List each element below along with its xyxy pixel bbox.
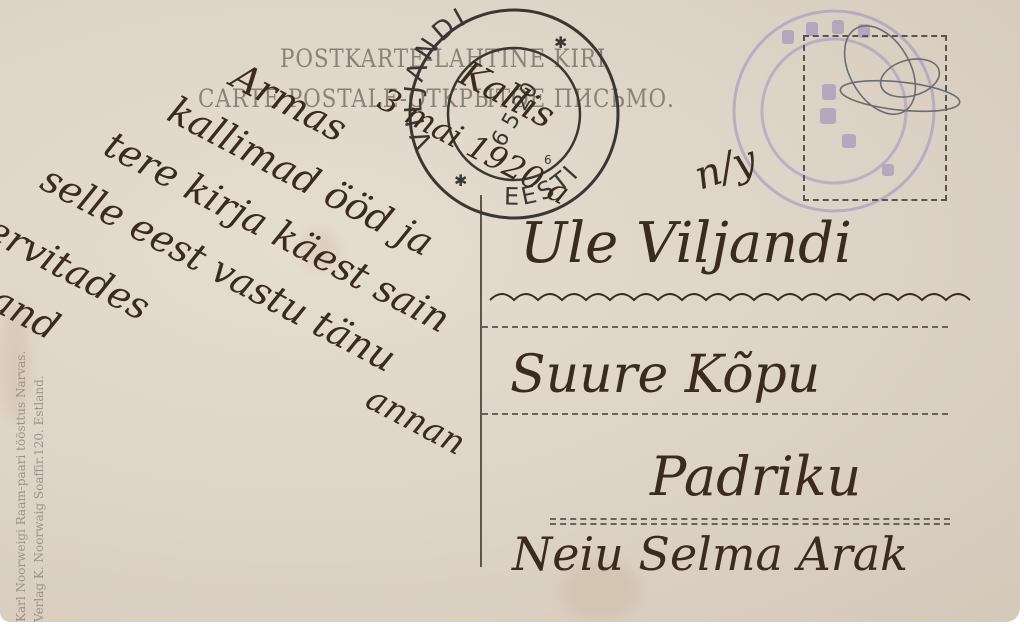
svg-text:VILJANDI: VILJANDI — [404, 4, 474, 154]
stamp-box — [803, 35, 947, 201]
svg-text:✱: ✱ — [554, 35, 567, 52]
svg-text:6 5 20: 6 5 20 — [487, 78, 544, 151]
publisher-imprint-1: Karl Noorweigi Raam-paari töösttus Narva… — [14, 351, 28, 622]
svg-text:6: 6 — [544, 153, 552, 167]
publisher-imprint-2: Verlag K. Noorwaig Soaffir.120. Estland. — [32, 375, 46, 622]
stain — [300, 230, 340, 270]
address-line — [550, 523, 950, 525]
svg-text:selle eest vastu tänu: selle eest vastu tänu — [34, 156, 403, 380]
svg-text:Padriku: Padriku — [649, 445, 861, 508]
divider-line — [480, 195, 482, 567]
svg-text:✱: ✱ — [454, 173, 467, 190]
svg-text:kallimad ööd ja: kallimad ööd ja — [161, 88, 441, 265]
flourish-underline — [490, 294, 970, 300]
address-line — [482, 413, 948, 415]
svg-text:tervitades: tervitades — [0, 199, 157, 329]
svg-text:Suure Kõpu: Suure Kõpu — [510, 345, 820, 405]
address-line — [482, 326, 948, 328]
stain — [560, 560, 640, 620]
address-line — [550, 518, 950, 520]
viljandi-postmark: VILJANDI EESTI 6 5 20 6 ✱ ✱ — [404, 4, 624, 224]
svg-text:annan: annan — [359, 378, 472, 463]
postcard: POSTKARTE-LAHTINE KIRI CARTE POSTALE-OTK… — [0, 0, 1020, 622]
